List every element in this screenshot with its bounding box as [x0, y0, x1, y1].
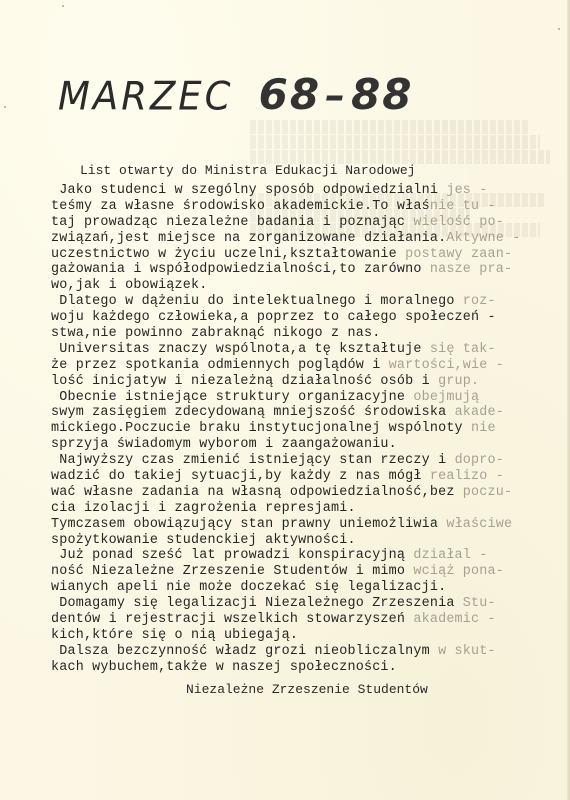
paper-speck — [62, 5, 64, 7]
body-line-faded-text: wartości,wie - — [389, 358, 504, 373]
body-line: wadzić do takiej sytuacji,by każdy z nas… — [51, 469, 551, 485]
body-line-text: Dlatego w dążeniu do intelektualnego i m… — [51, 294, 463, 309]
body-line: Jako studenci w szególny sposób odpowied… — [51, 183, 551, 199]
letter-heading: List otwarty do Ministra Edukacji Narodo… — [80, 163, 415, 178]
body-line: spożytkowanie studenckiej aktywności. — [51, 533, 551, 549]
body-line: dentów i rejestracji wszelkich stowarzys… — [51, 612, 551, 628]
body-line-faded-text: Stu- — [463, 596, 496, 611]
title-years: 68–88 — [259, 70, 414, 119]
body-line-faded-text: akade- — [455, 405, 504, 420]
body-line-faded-text: obejmują — [413, 390, 479, 405]
body-line-text: Universitas znaczy wspólnota,a tę kształ… — [51, 342, 430, 357]
body-line-text: Jako studenci w szególny sposób odpowied… — [51, 183, 446, 198]
body-line: kich,które się o nią ubiegają. — [51, 628, 551, 644]
body-line-text: kach wybuchem,także w naszej społecznośc… — [51, 660, 397, 675]
body-line-faded-text: nie tu - — [430, 199, 496, 214]
body-line: wo,jak i obowiązek. — [51, 278, 551, 294]
body-line: że przez spotkania odmiennych poglądów i… — [51, 358, 551, 374]
body-line: Universitas znaczy wspólnota,a tę kształ… — [51, 342, 551, 358]
body-line-faded-text: jes - — [446, 183, 487, 198]
body-line-faded-text: grup. — [438, 374, 479, 389]
body-line: wać własne zadania na własną odpowiedzia… — [51, 485, 551, 501]
body-line-faded-text: roz- — [463, 294, 496, 309]
title-separator: – — [325, 73, 347, 119]
body-line: Domagamy się legalizacji Niezależnego Zr… — [51, 596, 551, 612]
body-line-faded-text: się tak- — [430, 342, 496, 357]
body-line-text: Domagamy się legalizacji Niezależnego Zr… — [51, 596, 463, 611]
body-line: Dlatego w dążeniu do intelektualnego i m… — [51, 294, 551, 310]
body-line: cia izolacji i zagrożenia represjami. — [51, 501, 551, 517]
body-line-faded-text: w skut- — [438, 644, 496, 659]
body-line: taj prowadząc niezależne badania i pozna… — [51, 215, 551, 231]
body-line-text: swym zasięgiem zdecydowaną mniejszość śr… — [51, 405, 455, 420]
title-year-start: 68 — [259, 70, 321, 119]
body-line-text: cia izolacji i zagrożenia represjami. — [51, 501, 356, 516]
title-year-end: 88 — [351, 70, 413, 119]
body-line: Obecnie istniejące struktury organizacyj… — [51, 390, 551, 406]
body-line-faded-text: nasze pra- — [430, 262, 512, 277]
body-line-faded-text: nie — [471, 421, 496, 436]
document-title: MARZEC 68–88 — [58, 70, 414, 119]
body-line-text: spożytkowanie studenckiej aktywności. — [51, 533, 356, 548]
body-line-text: kich,które się o nią ubiegają. — [51, 628, 298, 643]
body-line-text: gażowania i współodpowiedzialności,to za… — [51, 262, 430, 277]
body-line: Najwyższy czas zmienić istniejący stan r… — [51, 453, 551, 469]
title-word: MARZEC — [58, 74, 234, 119]
body-line: stwa,nie powinno zabraknąć nikogo z nas. — [51, 326, 551, 342]
body-line-text: związań,jest miejsce na zorganizowane dz… — [51, 231, 446, 246]
body-line-text: Tymczasem obowiązujący stan prawny uniem… — [51, 517, 446, 532]
letter-body: Jako studenci w szególny sposób odpowied… — [51, 183, 551, 676]
body-line-text: wać własne zadania na własną odpowiedzia… — [51, 485, 463, 500]
body-line: związań,jest miejsce na zorganizowane dz… — [51, 231, 551, 247]
signature: Niezależne Zrzeszenie Studentów — [186, 682, 428, 697]
body-line-text: wo,jak i obowiązek. — [51, 278, 207, 293]
body-line-faded-text: właściwe — [446, 517, 512, 532]
body-line-text: ność Niezależne Zrzeszenie Studentów i m… — [51, 564, 413, 579]
body-line-text: woju każdego człowieka,a poprzez to całe… — [51, 310, 496, 325]
body-line-text: Dalsza bezczynność władz grozi nieoblicz… — [51, 644, 438, 659]
body-line: mickiego.Poczucie braku instytucjonalnej… — [51, 421, 551, 437]
body-line: wianych apeli nie może doczekać się lega… — [51, 580, 551, 596]
body-line-faded-text: wielość po- — [413, 215, 504, 230]
body-line: Dalsza bezczynność władz grozi nieoblicz… — [51, 644, 551, 660]
body-line-faded-text: postawy zaan- — [405, 247, 512, 262]
body-line-faded-text: poczu- — [463, 485, 512, 500]
body-line-text: dentów i rejestracji wszelkich stowarzys… — [51, 612, 413, 627]
body-line-faded-text: akademic - — [413, 612, 495, 627]
body-line: ność Niezależne Zrzeszenie Studentów i m… — [51, 564, 551, 580]
body-line-text: sprzyja świadomym wyborom i zaangażowani… — [51, 437, 397, 452]
body-line: teśmy za własne środowisko akademickie.T… — [51, 199, 551, 215]
body-line-text: Już ponad sześć lat prowadzi konspiracyj… — [51, 548, 413, 563]
body-line-text: Najwyższy czas zmienić istniejący stan r… — [51, 453, 455, 468]
body-line-faded-text: Aktywne - — [446, 231, 520, 246]
body-line-faded-text: dopro- — [455, 453, 504, 468]
body-line-text: stwa,nie powinno zabraknąć nikogo z nas. — [51, 326, 380, 341]
body-line: woju każdego człowieka,a poprzez to całe… — [51, 310, 551, 326]
body-line-faded-text: działal - — [413, 548, 487, 563]
body-line-text: wianych apeli nie może doczekać się lega… — [51, 580, 446, 595]
body-line-text: Obecnie istniejące struktury organizacyj… — [51, 390, 413, 405]
body-line: Już ponad sześć lat prowadzi konspiracyj… — [51, 548, 551, 564]
body-line-faded-text: wciąż pona- — [413, 564, 504, 579]
body-line-text: wadzić do takiej sytuacji,by każdy z nas… — [51, 469, 430, 484]
paper-speck — [4, 106, 6, 108]
body-line: sprzyja świadomym wyborom i zaangażowani… — [51, 437, 551, 453]
body-line-text: lość inicjatyw i niezależną działalność … — [51, 374, 438, 389]
body-line: Tymczasem obowiązujący stan prawny uniem… — [51, 517, 551, 533]
body-line-text: że przez spotkania odmiennych poglądów i — [51, 358, 389, 373]
body-line-text: mickiego.Poczucie braku instytucjonalnej… — [51, 421, 471, 436]
body-line-text: taj prowadząc niezależne badania i pozna… — [51, 215, 413, 230]
body-line: kach wybuchem,także w naszej społecznośc… — [51, 660, 551, 676]
body-line: lość inicjatyw i niezależną działalność … — [51, 374, 551, 390]
body-line-text: uczestnictwo w życiu uczelni,kształtowan… — [51, 247, 405, 262]
body-line-faded-text: realizo - — [430, 469, 504, 484]
body-line-text: teśmy za własne środowisko akademickie.T… — [51, 199, 430, 214]
body-line: swym zasięgiem zdecydowaną mniejszość śr… — [51, 405, 551, 421]
paper-speck — [558, 28, 560, 30]
body-line: uczestnictwo w życiu uczelni,kształtowan… — [51, 247, 551, 263]
body-line: gażowania i współodpowiedzialności,to za… — [51, 262, 551, 278]
